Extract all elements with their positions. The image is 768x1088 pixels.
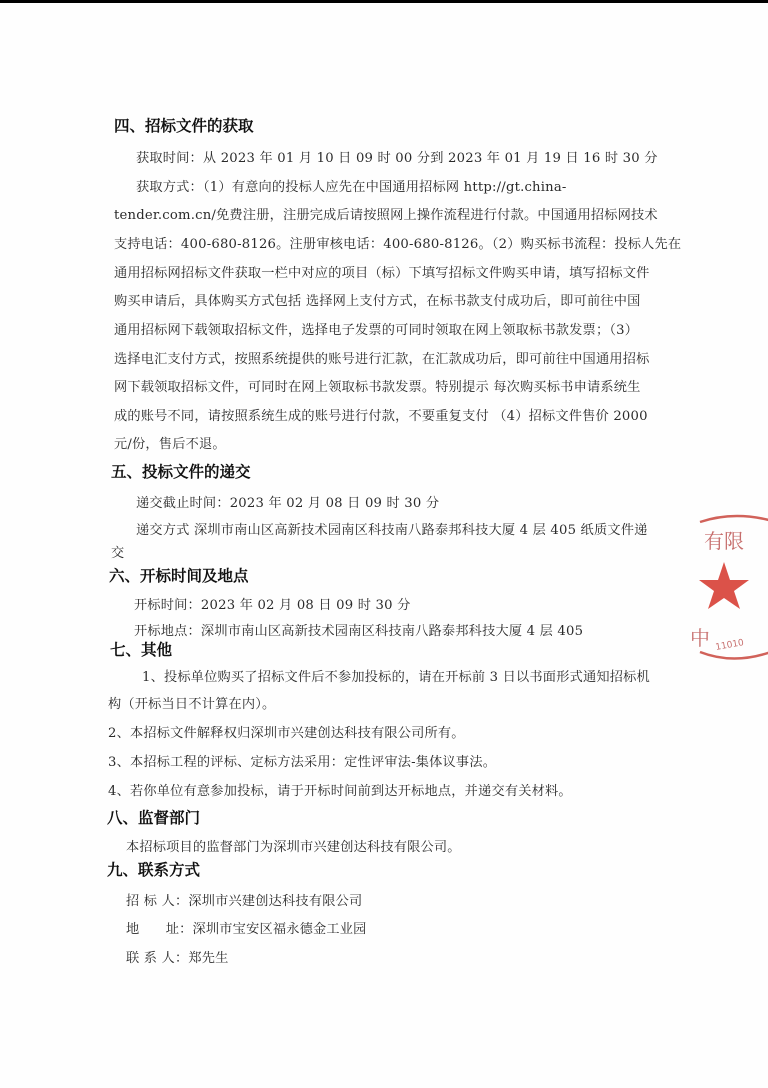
acquire-method-line: 选择电汇支付方式，按照系统提供的账号进行汇款，在汇款成功后，即可前往中国通用招标 [114, 348, 650, 367]
acquire-method-line: 支持电话：400-680-8126。注册审核电话：400-680-8126。（2… [114, 233, 681, 252]
submit-deadline: 递交截止时间：2023 年 02 月 08 日 09 时 30 分 [136, 492, 439, 511]
section-4-heading: 四、招标文件的获取 [114, 114, 254, 136]
submit-method-cont: 交 [111, 542, 124, 561]
acquire-method-line: 通用招标网下载领取招标文件，选择电子发票的可同时领取在网上领取标书款发票；（3） [114, 319, 638, 338]
opening-time: 开标时间：2023 年 02 月 08 日 09 时 30 分 [134, 594, 411, 613]
svg-text:中: 中 [690, 626, 710, 650]
supervision-text: 本招标项目的监督部门为深圳市兴建创达科技有限公司。 [126, 836, 461, 855]
other-item-2: 2、本招标文件解释权归深圳市兴建创达科技有限公司所有。 [108, 722, 465, 741]
acquire-method-line: 通用招标网招标文件获取一栏中对应的项目（标）下填写招标文件购买申请，填写招标文件 [114, 262, 650, 281]
acquire-method-line: 元/份，售后不退。 [114, 433, 226, 452]
acquire-method-line: 网下载领取招标文件，可同时在网上领取标书款发票。特别提示 每次购买标书申请系统生 [114, 376, 641, 395]
section-5-heading: 五、投标文件的递交 [111, 460, 251, 482]
submit-method: 递交方式 深圳市南山区高新技术园南区科技南八路泰邦科技大厦 4 层 405 纸质… [136, 519, 648, 538]
acquire-method-line: 获取方式：（1）有意向的投标人应先在中国通用招标网 http://gt.chin… [136, 176, 567, 195]
other-item-1: 1、投标单位购买了招标文件后不参加投标的，请在开标前 3 日以书面形式通知招标机 [142, 666, 650, 685]
contact-person: 联 系 人：郑先生 [126, 947, 229, 966]
official-seal: 有限 中 11010 [686, 500, 768, 670]
acquire-method-line: tender.com.cn/免费注册，注册完成后请按照网上操作流程进行付款。中国… [114, 204, 658, 223]
top-border [0, 0, 768, 3]
contact-address: 地 址：深圳市宝安区福永德金工业园 [126, 918, 367, 937]
other-item-4: 4、若你单位有意参加投标，请于开标时间前到达开标地点，并递交有关材料。 [108, 780, 572, 799]
section-9-heading: 九、联系方式 [107, 858, 200, 880]
acquire-time: 获取时间：从 2023 年 01 月 10 日 09 时 00 分到 2023 … [136, 147, 658, 166]
contact-tenderer: 招 标 人：深圳市兴建创达科技有限公司 [126, 890, 362, 909]
section-8-heading: 八、监督部门 [107, 806, 200, 828]
other-item-3: 3、本招标工程的评标、定标方法采用：定性评审法-集体议事法。 [108, 751, 496, 770]
opening-place: 开标地点：深圳市南山区高新技术园南区科技南八路泰邦科技大厦 4 层 405 [134, 620, 583, 639]
svg-text:11010: 11010 [715, 638, 745, 653]
seal-icon: 有限 中 11010 [686, 500, 768, 670]
section-7-heading: 七、其他 [110, 638, 172, 660]
other-item-1-cont: 构（开标当日不计算在内）。 [108, 693, 275, 712]
acquire-method-line: 购买申请后，具体购买方式包括 选择网上支付方式，在标书款支付成功后，即可前往中国 [114, 290, 641, 309]
acquire-method-line: 成的账号不同，请按照系统生成的账号进行付款，不要重复支付 （4）招标文件售价 2… [114, 405, 648, 424]
section-6-heading: 六、开标时间及地点 [109, 564, 249, 586]
svg-text:有限: 有限 [704, 529, 744, 553]
